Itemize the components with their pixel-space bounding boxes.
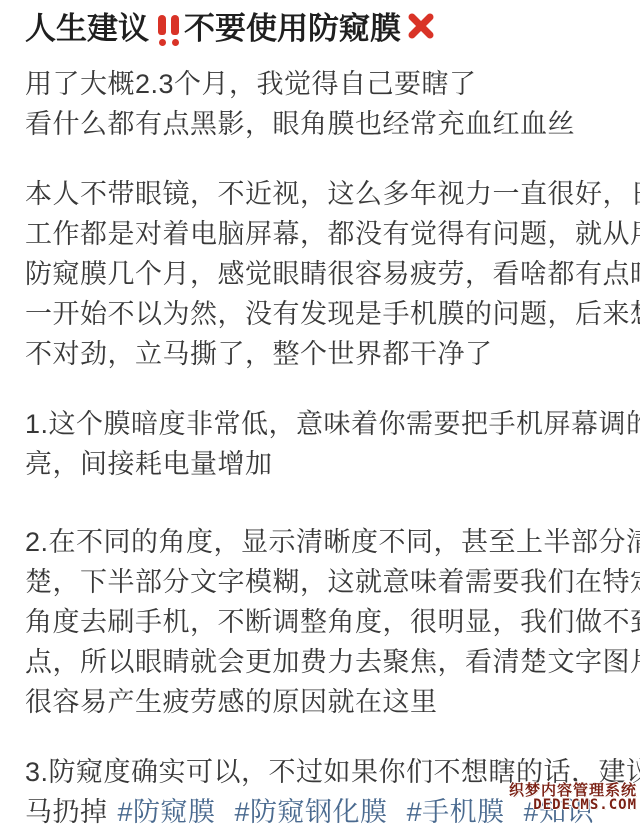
paragraph-line: 看什么都有点黑影，眼角膜也经常充血红血丝 xyxy=(25,104,615,144)
title-text-trailing: 不要使用防窥膜 xyxy=(184,9,401,49)
cross-mark-icon xyxy=(405,10,437,52)
paragraph-line: 楚，下半部分文字模糊，这就意味着需要我们在特定的 xyxy=(25,562,615,602)
watermark-line1: 织梦内容管理系统 xyxy=(509,783,637,799)
paragraph-line: 点，所以眼睛就会更加费力去聚焦，看清楚文字图片， xyxy=(25,642,615,682)
post-page: 人生建议 不要使用防窥膜 用了大概2.3个月，我觉得自己要瞎了 看什么都有点黑影… xyxy=(0,0,640,824)
post-title: 人生建议 不要使用防窥膜 xyxy=(25,8,615,50)
paragraph-line: 很容易产生疲劳感的原因就在这里 xyxy=(25,682,615,722)
paragraph-line: 本人不带眼镜，不近视，这么多年视力一直很好，日常 xyxy=(25,174,615,214)
paragraph-line: 角度去刷手机，不断调整角度，很明显，我们做不到这 xyxy=(25,602,615,642)
hashtag-link[interactable]: #防窥膜 xyxy=(118,797,216,824)
paragraph: 本人不带眼镜，不近视，这么多年视力一直很好，日常 工作都是对着电脑屏幕，都没有觉… xyxy=(25,174,615,374)
watermark-line2: DEDECMS.COM xyxy=(509,798,637,813)
paragraph: 1.这个膜暗度非常低，意味着你需要把手机屏幕调的很 亮，间接耗电量增加 xyxy=(25,404,615,484)
paragraph: 用了大概2.3个月，我觉得自己要瞎了 看什么都有点黑影，眼角膜也经常充血红血丝 xyxy=(25,64,615,144)
post-content: 人生建议 不要使用防窥膜 用了大概2.3个月，我觉得自己要瞎了 看什么都有点黑影… xyxy=(0,0,640,824)
hashtag-link[interactable]: #手机膜 xyxy=(407,797,505,824)
paragraph-line: 工作都是对着电脑屏幕，都没有觉得有问题，就从用了 xyxy=(25,214,615,254)
paragraph-line: 1.这个膜暗度非常低，意味着你需要把手机屏幕调的很 xyxy=(25,404,615,444)
paragraph-line-prefix: 马扔掉 xyxy=(25,797,108,824)
paragraph-line: 不对劲，立马撕了，整个世界都干净了 xyxy=(25,334,615,374)
watermark: 织梦内容管理系统 DEDECMS.COM xyxy=(509,783,637,813)
paragraph-line: 亮，间接耗电量增加 xyxy=(25,444,615,484)
title-text-leading: 人生建议 xyxy=(25,9,149,49)
paragraph-line: 防窥膜几个月，感觉眼睛很容易疲劳，看啥都有点暗， xyxy=(25,254,615,294)
paragraph-line: 用了大概2.3个月，我觉得自己要瞎了 xyxy=(25,64,615,104)
paragraph: 2.在不同的角度，显示清晰度不同，甚至上半部分清 楚，下半部分文字模糊，这就意味… xyxy=(25,522,615,722)
paragraph-line: 2.在不同的角度，显示清晰度不同，甚至上半部分清 xyxy=(25,522,615,562)
double-exclamation-icon xyxy=(158,15,179,46)
paragraph-line: 一开始不以为然，没有发现是手机膜的问题，后来想想 xyxy=(25,294,615,334)
hashtag-link[interactable]: #防窥钢化膜 xyxy=(235,797,388,824)
